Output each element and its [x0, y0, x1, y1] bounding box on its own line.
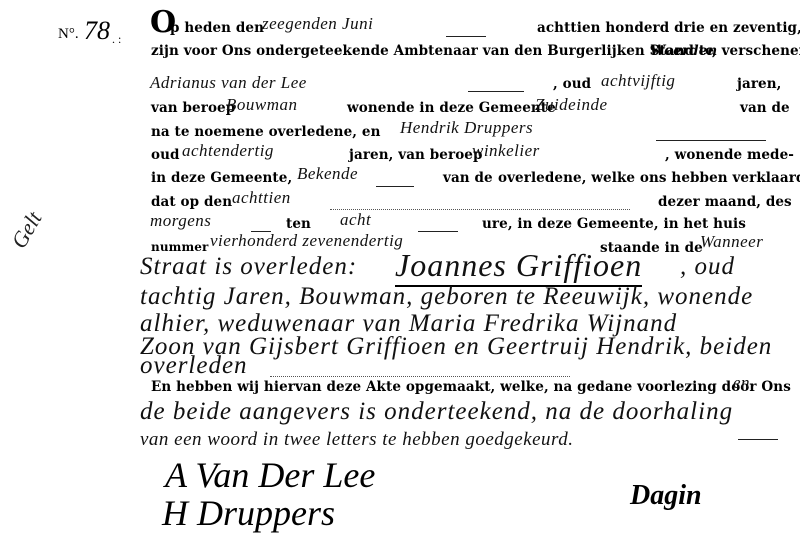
- handwritten-text: en: [733, 373, 750, 393]
- handwritten-hour: acht: [340, 210, 371, 230]
- printed-text: , oud: [553, 76, 591, 92]
- margin-note: Gelt: [6, 207, 47, 253]
- handwritten-street: Wanneer: [700, 232, 763, 252]
- printed-text: in deze Gemeente,: [151, 170, 292, 186]
- handwritten-date: zeegenden Juni: [262, 14, 373, 34]
- printed-text: achttien honderd drie en zeventig,: [537, 20, 800, 36]
- printed-text: jaren,: [737, 76, 781, 92]
- record-number-label: N°.: [58, 26, 79, 43]
- handwritten-relation: Bekende: [297, 164, 358, 184]
- handwritten-time-of-day: morgens: [150, 211, 211, 231]
- handwritten-declarant-1: Adrianus van der Lee: [150, 73, 307, 93]
- printed-text: ten: [286, 216, 311, 232]
- printed-text: jaren, van beroep: [349, 147, 483, 163]
- handwritten-age: achtendertig: [182, 141, 274, 161]
- handwritten-text: overleden: [140, 352, 248, 380]
- record-number: 78: [84, 16, 110, 46]
- printed-text: dat op den: [151, 194, 232, 210]
- handwritten-occupation: Bouwman: [226, 95, 298, 115]
- handwritten-day: achttien: [232, 188, 291, 208]
- handwritten-text: tachtig Jaren, Bouwman, geboren te Reeuw…: [140, 283, 753, 311]
- printed-text: na te noemene overledene, en: [151, 124, 380, 140]
- handwritten-residence: Zuideinde: [535, 95, 608, 115]
- printed-text: zijn voor Ons ondergeteekende Ambtenaar …: [151, 43, 714, 59]
- handwritten-text: , oud: [680, 253, 735, 281]
- fill-line: [370, 177, 420, 195]
- printed-text: van de: [740, 100, 790, 116]
- printed-text: van beroep: [151, 100, 235, 116]
- printed-text: dezer maand, des: [658, 194, 792, 210]
- handwritten-text: Straat is overleden:: [140, 253, 357, 281]
- printed-text: wonende in deze Gemeente: [347, 100, 556, 116]
- printed-text: nummer: [151, 240, 208, 254]
- fill-line: [462, 82, 530, 100]
- handwritten-age: achtvijftig: [601, 71, 675, 91]
- printed-text: En hebben wij hiervan deze Akte opgemaak…: [151, 379, 791, 395]
- printed-text: overledene, welke ons hebben verklaard,: [498, 170, 800, 186]
- printed-text: ure, in deze Gemeente, in het huis: [482, 216, 746, 232]
- deceased-name: Joannes Griffioen: [395, 247, 642, 287]
- signature-witness-2: H Druppers: [162, 492, 335, 534]
- civil-death-record: N°. 78 . : Gelt O p heden den zeegenden …: [0, 0, 800, 558]
- separator-dots: . :: [112, 32, 121, 47]
- fill-line: [412, 222, 464, 240]
- printed-text: p heden den: [170, 20, 264, 36]
- handwritten-text: de beide aangevers is onderteekend, na d…: [140, 398, 733, 426]
- printed-text: van de: [443, 170, 493, 186]
- fill-line: [732, 430, 784, 448]
- handwritten-text: van een woord in twee letters te hebben …: [140, 429, 574, 451]
- printed-text: oud: [151, 147, 180, 163]
- printed-text: , verschenen:: [712, 43, 800, 59]
- signature-official: Dagin: [630, 480, 702, 512]
- place-name: Woerden: [650, 43, 717, 59]
- signature-witness-1: A Van Der Lee: [165, 454, 375, 496]
- handwritten-declarant-2: Hendrik Druppers: [400, 118, 533, 138]
- handwritten-occupation: winkelier: [472, 141, 540, 161]
- printed-text: , wonende mede-: [665, 147, 794, 163]
- handwritten-house-number: vierhonderd zevenendertig: [210, 231, 403, 251]
